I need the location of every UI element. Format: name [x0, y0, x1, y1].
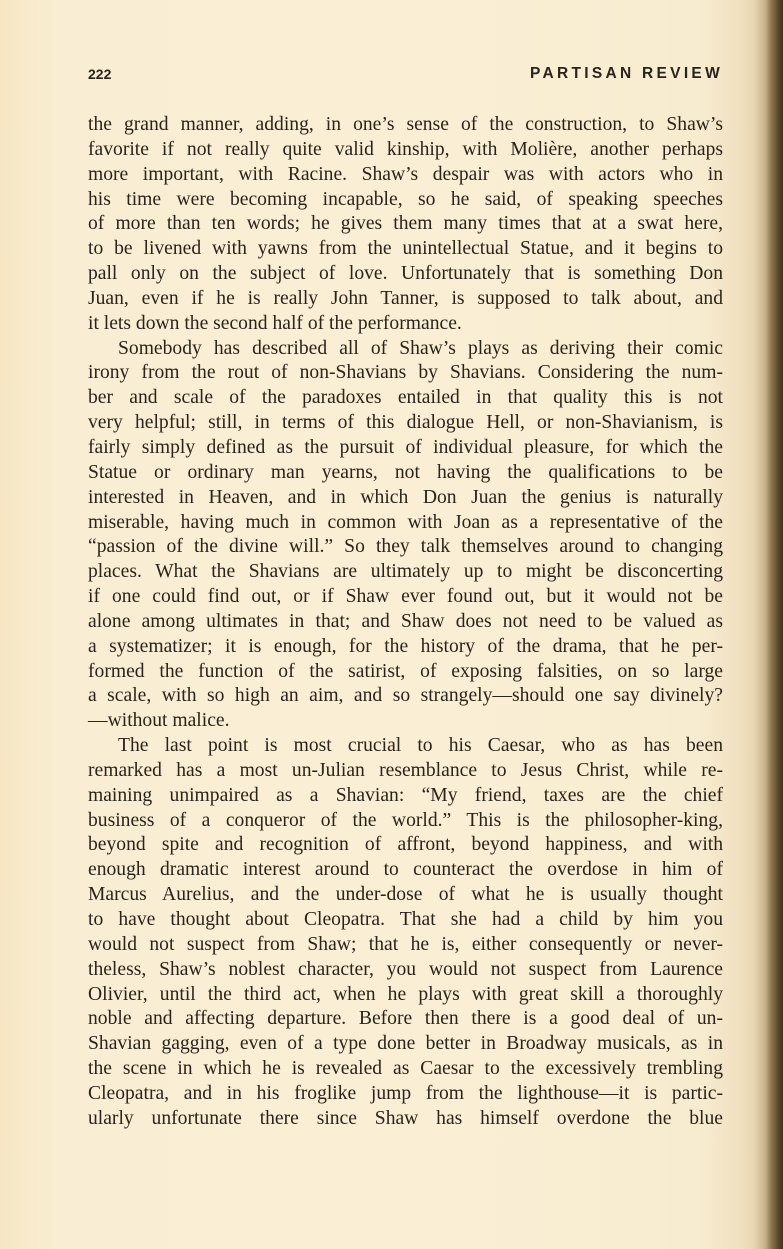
body-text: the grand manner, adding, in one’s sense…: [88, 113, 723, 1132]
text-line: Marcus Aurelius, and the under-dose of w…: [88, 883, 723, 908]
text-line: “passion of the divine will.” So they ta…: [88, 535, 723, 560]
text-line: favorite if not really quite valid kinsh…: [88, 138, 723, 163]
text-line: alone among ultimates in that; and Shaw …: [88, 610, 723, 635]
text-line: formed the function of the satirist, of …: [88, 660, 723, 685]
text-line: the scene in which he is revealed as Cae…: [88, 1057, 723, 1082]
text-line: Juan, even if he is really John Tanner, …: [88, 287, 723, 312]
text-line: a systematizer; it is enough, for the hi…: [88, 635, 723, 660]
text-line: fairly simply defined as the pursuit of …: [88, 436, 723, 461]
book-page: 222 PARTISAN REVIEW the grand manner, ad…: [0, 0, 783, 1249]
text-line: remarked has a most un-Julian resemblanc…: [88, 759, 723, 784]
text-line: beyond spite and recognition of affront,…: [88, 833, 723, 858]
text-line: it lets down the second half of the perf…: [88, 312, 723, 337]
text-line: places. What the Shavians are ultimately…: [88, 560, 723, 585]
text-line: maining unimpaired as a Shavian: “My fri…: [88, 784, 723, 809]
text-line: to be livened with yawns from the uninte…: [88, 237, 723, 262]
text-line: more important, with Racine. Shaw’s desp…: [88, 163, 723, 188]
text-line: ber and scale of the paradoxes entailed …: [88, 386, 723, 411]
text-line: business of a conqueror of the world.” T…: [88, 809, 723, 834]
journal-title: PARTISAN REVIEW: [530, 65, 723, 83]
text-line: his time were becoming incapable, so he …: [88, 188, 723, 213]
text-line: to have thought about Cleopatra. That sh…: [88, 908, 723, 933]
text-line: very helpful; still, in terms of this di…: [88, 411, 723, 436]
text-line: a scale, with so high an aim, and so str…: [88, 684, 723, 709]
text-line: noble and affecting departure. Before th…: [88, 1007, 723, 1032]
text-line: of more than ten words; he gives them ma…: [88, 212, 723, 237]
text-line: Cleopatra, and in his froglike jump from…: [88, 1082, 723, 1107]
text-line: pall only on the subject of love. Unfort…: [88, 262, 723, 287]
text-line: if one could find out, or if Shaw ever f…: [88, 585, 723, 610]
text-line: irony from the rout of non-Shavians by S…: [88, 361, 723, 386]
page-gutter-shadow: [767, 0, 783, 1249]
running-head: 222 PARTISAN REVIEW: [88, 66, 723, 90]
text-line: theless, Shaw’s noblest character, you w…: [88, 958, 723, 983]
text-line: enough dramatic interest around to count…: [88, 858, 723, 883]
text-line: —without malice.: [88, 709, 723, 734]
text-line: Olivier, until the third act, when he pl…: [88, 983, 723, 1008]
text-line: interested in Heaven, and in which Don J…: [88, 486, 723, 511]
page-number: 222: [88, 66, 111, 82]
text-line: ularly unfortunate there since Shaw has …: [88, 1107, 723, 1132]
text-line: would not suspect from Shaw; that he is,…: [88, 933, 723, 958]
text-line: Statue or ordinary man yearns, not havin…: [88, 461, 723, 486]
text-line: Shavian gagging, even of a type done bet…: [88, 1032, 723, 1057]
text-line: Somebody has described all of Shaw’s pla…: [88, 337, 723, 362]
text-line: miserable, having much in common with Jo…: [88, 511, 723, 536]
text-line: The last point is most crucial to his Ca…: [88, 734, 723, 759]
text-line: the grand manner, adding, in one’s sense…: [88, 113, 723, 138]
